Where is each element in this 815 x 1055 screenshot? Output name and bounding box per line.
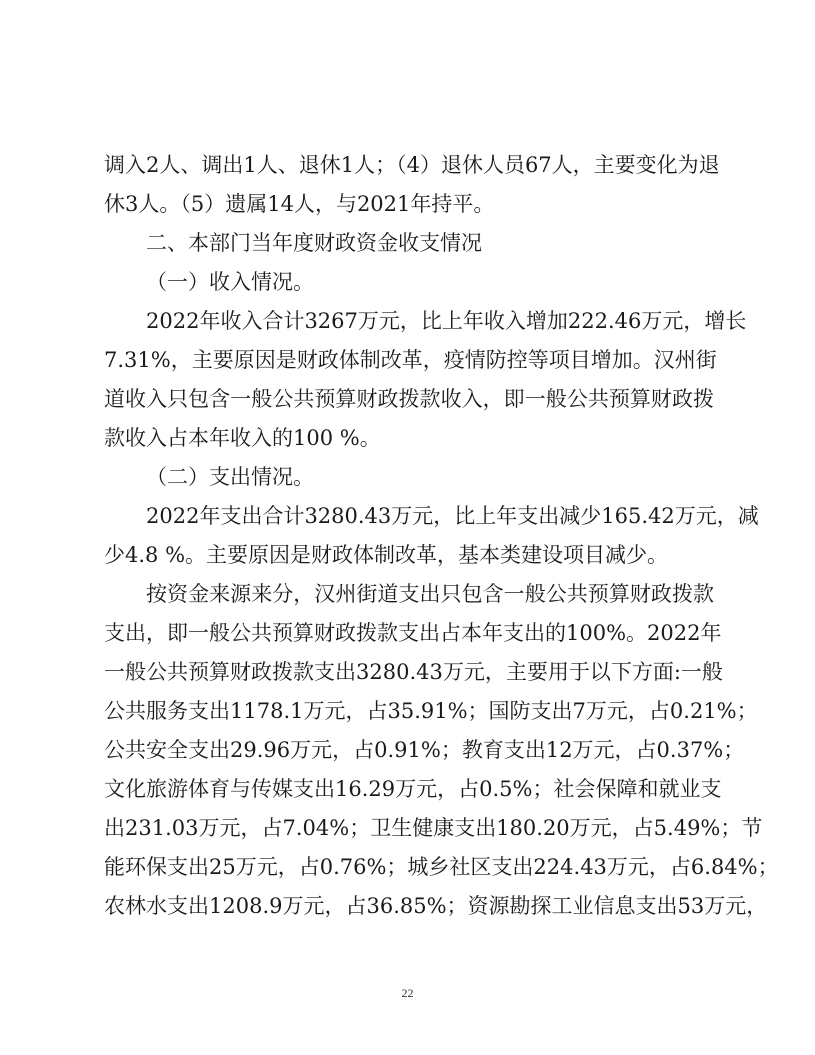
subsection-heading-income: （一）收入情况。	[104, 263, 714, 302]
paragraph-line: 能环保支出25万元，占0.76%；城乡社区支出224.43万元，占6.84%；	[104, 848, 714, 887]
paragraph-line: 支出，即一般公共预算财政拨款支出占本年支出的100%。2022年	[104, 614, 714, 653]
paragraph-line: 一般公共预算财政拨款支出3280.43万元，主要用于以下方面:一般	[104, 653, 714, 692]
paragraph-line: 少4.8 %。主要原因是财政体制改革，基本类建设项目减少。	[104, 536, 714, 575]
paragraph-line: 休3人。（5）遗属14人，与2021年持平。	[104, 185, 714, 224]
section-heading: 二、本部门当年度财政资金收支情况	[104, 224, 714, 263]
paragraph-line: 文化旅游体育与传媒支出16.29万元，占0.5%；社会保障和就业支	[104, 770, 714, 809]
paragraph-line: 公共服务支出1178.1万元，占35.91%；国防支出7万元，占0.21%；	[104, 692, 714, 731]
paragraph-line: 按资金来源来分，汉州街道支出只包含一般公共预算财政拨款	[104, 575, 714, 614]
paragraph-line: 出231.03万元，占7.04%；卫生健康支出180.20万元，占5.49%；节	[104, 809, 714, 848]
paragraph-line: 农林水支出1208.9万元，占36.85%；资源勘探工业信息支出53万元，	[104, 887, 714, 926]
paragraph-line: 7.31%，主要原因是财政体制改革，疫情防控等项目增加。汉州街	[104, 341, 714, 380]
subsection-heading-expenditure: （二）支出情况。	[104, 458, 714, 497]
paragraph-line: 调入2人、调出1人、退休1人；（4）退休人员67人，主要变化为退	[104, 146, 714, 185]
paragraph-line: 2022年支出合计3280.43万元，比上年支出减少165.42万元，减	[104, 497, 714, 536]
paragraph-line: 款收入占本年收入的100 %。	[104, 419, 714, 458]
paragraph-line: 道收入只包含一般公共预算财政拨款收入，即一般公共预算财政拨	[104, 380, 714, 419]
page-number: 22	[0, 986, 815, 1001]
document-body: 调入2人、调出1人、退休1人；（4）退休人员67人，主要变化为退 休3人。（5）…	[104, 146, 714, 926]
paragraph-line: 2022年收入合计3267万元，比上年收入增加222.46万元，增长	[104, 302, 714, 341]
paragraph-line: 公共安全支出29.96万元，占0.91%；教育支出12万元，占0.37%；	[104, 731, 714, 770]
